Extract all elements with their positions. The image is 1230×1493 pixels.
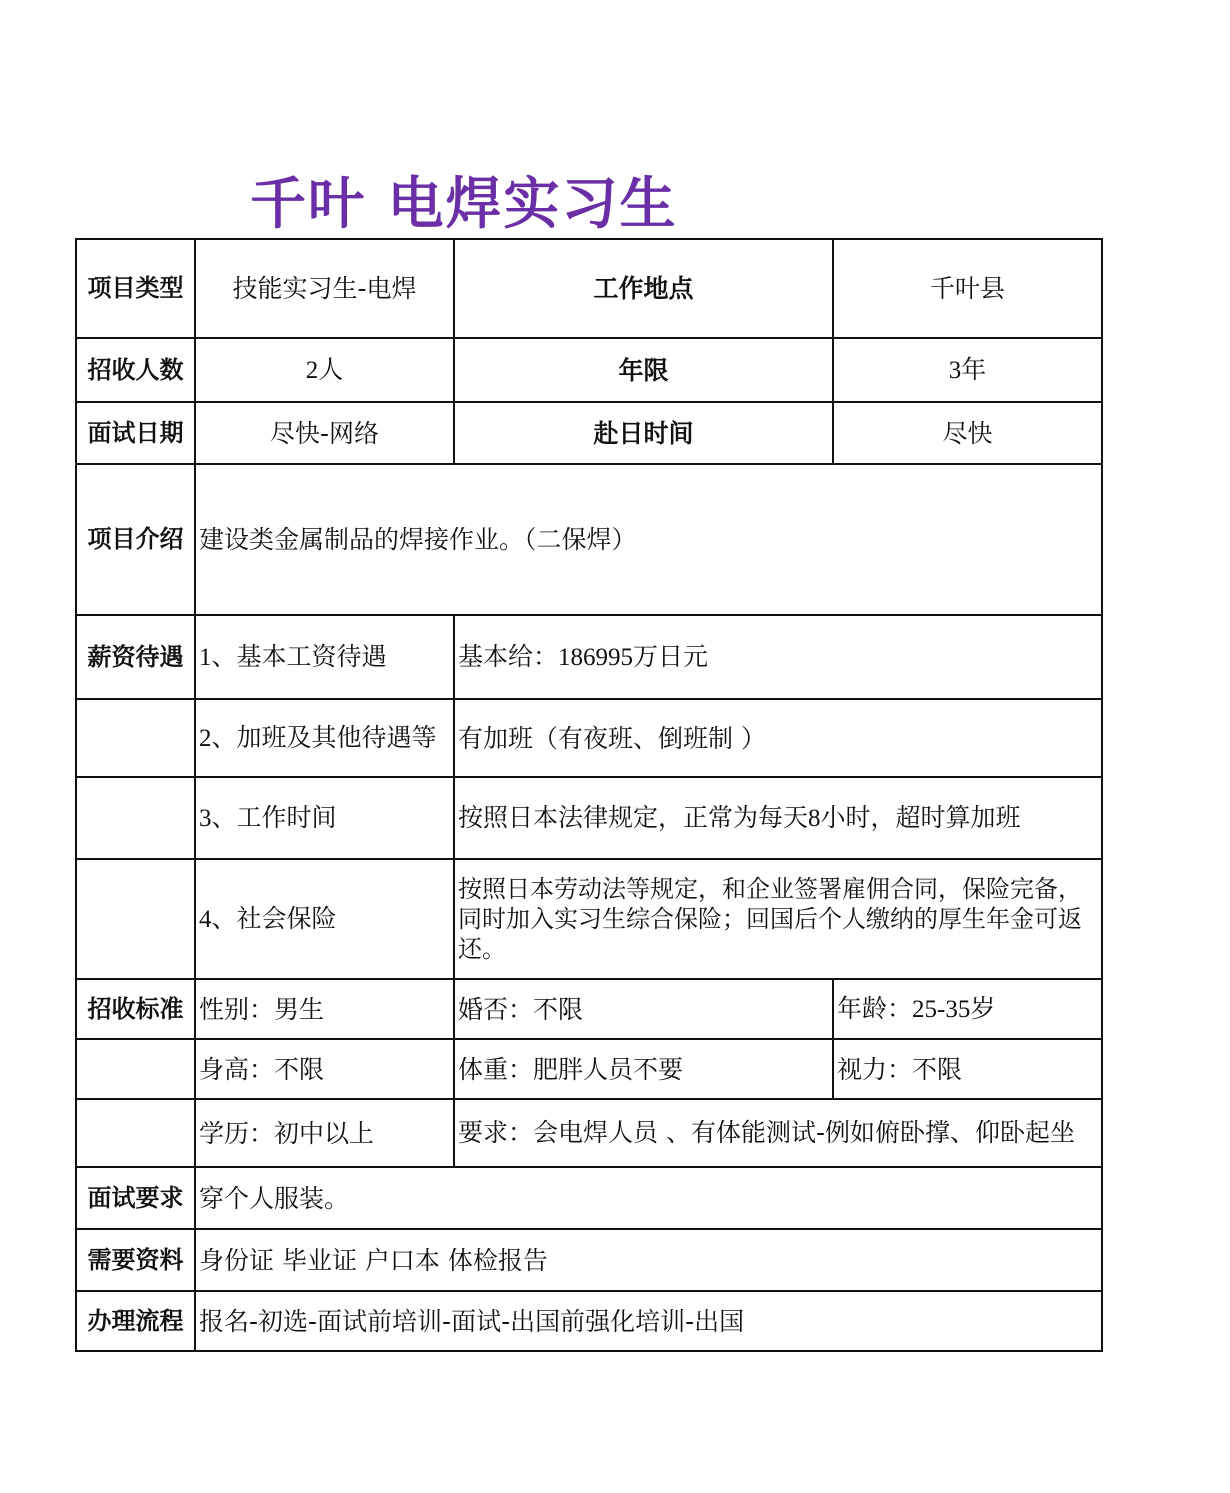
label-project-type: 项目类型 <box>75 238 196 339</box>
criteria-marital: 婚否：不限 <box>453 978 834 1040</box>
criteria-vision: 视力：不限 <box>832 1038 1103 1100</box>
criteria-gender: 性别：男生 <box>194 978 455 1040</box>
criteria-education: 学历：初中以上 <box>194 1098 455 1168</box>
value-process: 报名-初选-面试前培训-面试-出国前强化培训-出国 <box>194 1290 1103 1352</box>
salary-item-value: 有加班（有夜班、倒班制 ） <box>453 698 1103 778</box>
salary-item-name: 3、工作时间 <box>194 776 455 860</box>
criteria-weight: 体重：肥胖人员不要 <box>453 1038 834 1100</box>
value-term: 3年 <box>832 337 1103 403</box>
empty-label-cell <box>75 776 196 860</box>
label-salary: 薪资待遇 <box>75 614 196 700</box>
value-interview-req: 穿个人服装。 <box>194 1166 1103 1230</box>
label-work-location: 工作地点 <box>453 238 834 339</box>
label-interview-date: 面试日期 <box>75 401 196 465</box>
label-criteria: 招收标准 <box>75 978 196 1040</box>
salary-item-name: 1、基本工资待遇 <box>194 614 455 700</box>
value-headcount: 2人 <box>194 337 455 403</box>
label-interview-req: 面试要求 <box>75 1166 196 1230</box>
value-interview-date: 尽快-网络 <box>194 401 455 465</box>
label-headcount: 招收人数 <box>75 337 196 403</box>
salary-item-value: 按照日本法律规定，正常为每天8小时，超时算加班 <box>453 776 1103 860</box>
value-work-location: 千叶县 <box>832 238 1103 339</box>
salary-item-name: 2、加班及其他待遇等 <box>194 698 455 778</box>
criteria-requirement: 要求：会电焊人员 、有体能测试-例如俯卧撑、仰卧起坐 <box>453 1098 1103 1168</box>
empty-label-cell <box>75 1098 196 1168</box>
empty-label-cell <box>75 858 196 980</box>
label-process: 办理流程 <box>75 1290 196 1352</box>
empty-label-cell <box>75 698 196 778</box>
page-title: 千叶 电焊实习生 <box>250 160 678 240</box>
salary-item-value: 按照日本劳动法等规定，和企业签署雇佣合同，保险完备，同时加入实习生综合保险；回国… <box>453 858 1103 980</box>
empty-label-cell <box>75 1038 196 1100</box>
value-departure-time: 尽快 <box>832 401 1103 465</box>
salary-item-value: 基本给：186995万日元 <box>453 614 1103 700</box>
criteria-age: 年龄：25-35岁 <box>832 978 1103 1040</box>
label-documents: 需要资料 <box>75 1228 196 1292</box>
label-term: 年限 <box>453 337 834 403</box>
criteria-height: 身高：不限 <box>194 1038 455 1100</box>
label-intro: 项目介绍 <box>75 463 196 616</box>
value-documents: 身份证 毕业证 户口本 体检报告 <box>194 1228 1103 1292</box>
salary-item-name: 4、社会保险 <box>194 858 455 980</box>
label-departure-time: 赴日时间 <box>453 401 834 465</box>
value-project-type: 技能实习生-电焊 <box>194 238 455 339</box>
value-intro: 建设类金属制品的焊接作业。（二保焊） <box>194 463 1103 616</box>
